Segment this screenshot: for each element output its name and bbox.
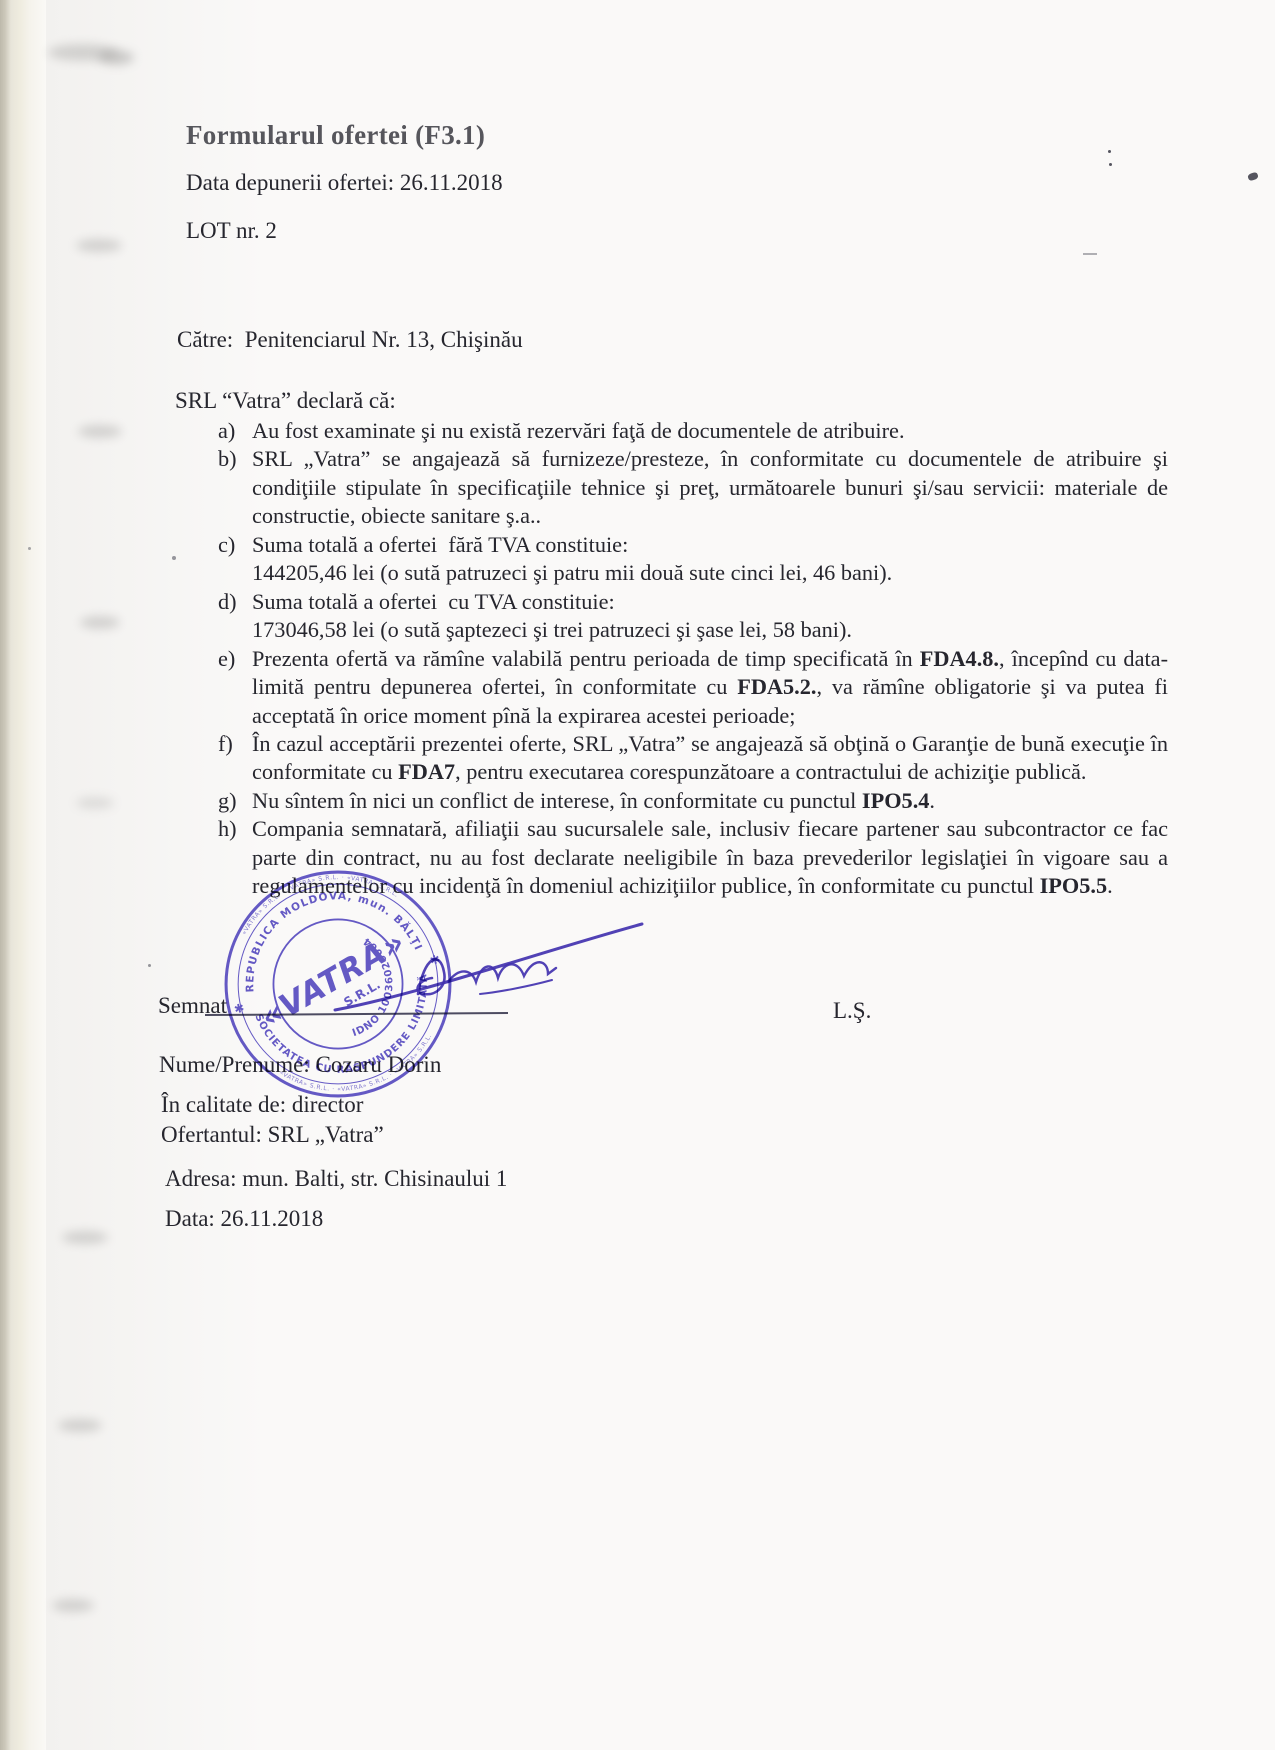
page-title: Formularul ofertei (F3.1) [186, 120, 485, 151]
item-text-segment: Prezenta ofertă va rămîne valabilă pentr… [252, 646, 920, 671]
ipo-reference: IPO5.4 [862, 788, 930, 813]
item-letter: d) [218, 588, 237, 616]
item-letter: g) [218, 787, 237, 815]
scan-speck [1109, 163, 1112, 166]
scan-smudge [58, 1419, 102, 1432]
addressee-line: Către: Penitenciarul Nr. 13, Chişinău [177, 327, 523, 353]
ipo-reference: IPO5.5 [1040, 873, 1108, 898]
item-text: Prezenta ofertă va rămîne valabilă pentr… [252, 645, 1168, 730]
scan-speck [1083, 253, 1097, 255]
item-amount-no-vat: 144205,46 lei (o sută patruzeci şi patru… [252, 559, 1168, 587]
lot-line: LOT nr. 2 [186, 218, 277, 244]
scan-speck [28, 547, 31, 550]
scan-edge-strip [0, 0, 46, 1750]
fda-reference: FDA5.2. [737, 674, 816, 699]
item-text-segment: . [929, 788, 935, 813]
scan-smudge [98, 50, 134, 65]
date-line: Data: 26.11.2018 [165, 1206, 323, 1232]
list-item-b: b) SRL „Vatra” se angajează să furnizeze… [177, 445, 1168, 530]
item-letter: b) [218, 445, 237, 473]
fda-reference: FDA7 [398, 759, 455, 784]
item-text: În cazul acceptării prezentei oferte, SR… [252, 730, 1168, 787]
handwritten-signature [290, 890, 670, 1040]
scan-smudge [78, 425, 122, 438]
offer-date-line: Data depunerii ofertei: 26.11.2018 [186, 170, 503, 196]
stamp-star-left: ✱ [233, 1001, 246, 1017]
address-line: Adresa: mun. Balti, str. Chisinaului 1 [165, 1166, 507, 1192]
seal-initials: L.Ş. [833, 998, 871, 1024]
scan-speck [1247, 172, 1259, 182]
item-letter: c) [218, 531, 235, 559]
list-item-f: f) În cazul acceptării prezentei oferte,… [177, 730, 1168, 787]
declaration-list: a) Au fost examinate şi nu există rezerv… [177, 417, 1168, 901]
item-letter: a) [218, 417, 235, 445]
scan-smudge [80, 616, 120, 629]
item-text-segment: . [1107, 873, 1113, 898]
list-item-e: e) Prezenta ofertă va rămîne valabilă pe… [177, 645, 1168, 730]
document-page: Formularul ofertei (F3.1) Data depunerii… [0, 0, 1275, 1750]
scan-smudge [76, 797, 114, 809]
item-letter: f) [218, 730, 233, 758]
item-text-segment: , pentru executarea corespunzătoare a co… [455, 759, 1086, 784]
scan-speck [148, 964, 151, 967]
list-item-g: g) Nu sîntem în nici un conflict de inte… [177, 787, 1168, 815]
item-text: SRL „Vatra” se angajează să furnizeze/pr… [252, 445, 1168, 530]
scan-smudge [52, 1599, 94, 1612]
item-text: Nu sîntem în nici un conflict de interes… [252, 787, 1168, 815]
scan-speck [172, 556, 176, 560]
list-item-d: d) Suma totală a ofertei cu TVA constitu… [177, 588, 1168, 645]
fda-reference: FDA4.8. [920, 646, 999, 671]
offerer-line: Ofertantul: SRL „Vatra” [161, 1122, 384, 1148]
scan-smudge [62, 1231, 108, 1244]
item-text: Au fost examinate şi nu există rezervări… [252, 417, 1168, 445]
declaration-intro: SRL “Vatra” declară că: [175, 388, 396, 414]
list-item-a: a) Au fost examinate şi nu există rezerv… [177, 417, 1168, 445]
list-item-c: c) Suma totală a ofertei fără TVA consti… [177, 531, 1168, 588]
item-text: Suma totală a ofertei fără TVA constitui… [252, 531, 1168, 559]
scan-speck [1108, 150, 1111, 153]
item-amount-with-vat: 173046,58 lei (o sută şaptezeci şi trei … [252, 616, 1168, 644]
item-text: Suma totală a ofertei cu TVA constituie: [252, 588, 1168, 616]
item-letter: e) [218, 645, 235, 673]
scan-smudge [76, 239, 122, 252]
item-letter: h) [218, 815, 237, 843]
item-text-segment: Nu sîntem în nici un conflict de interes… [252, 788, 862, 813]
